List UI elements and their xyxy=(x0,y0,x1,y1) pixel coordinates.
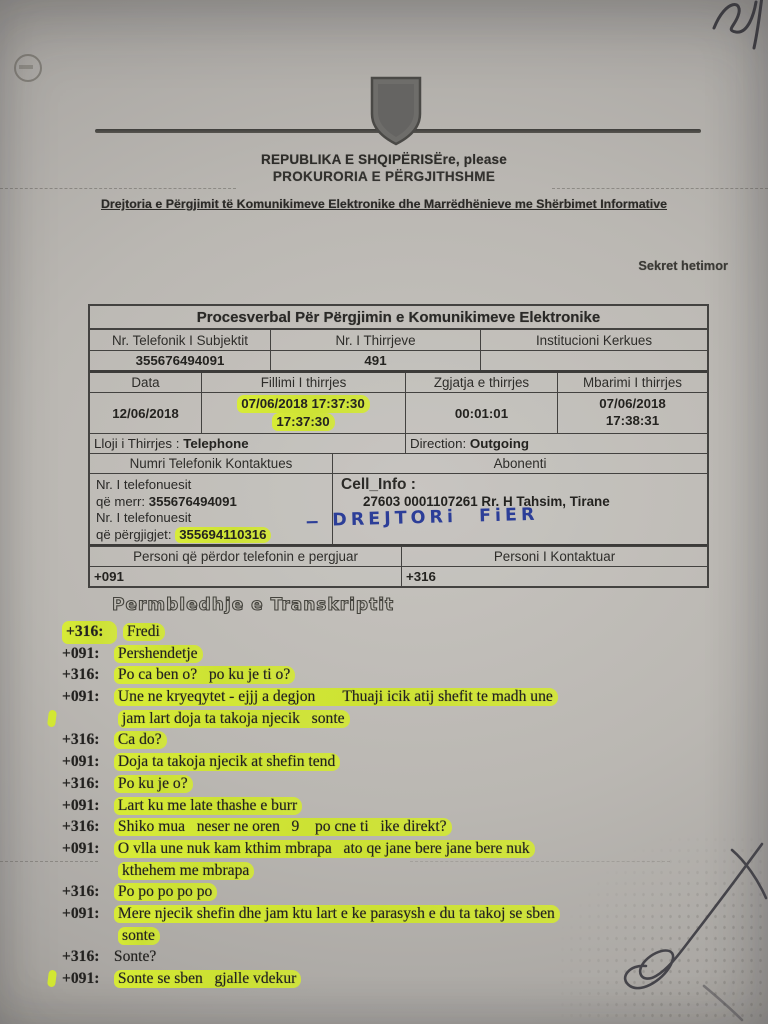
transcript-line: +316: Po ku je o? xyxy=(0,773,768,795)
message-text: O vlla une nuk kam kthim mbrapa ato qe j… xyxy=(114,840,535,858)
speaker-label: +091: xyxy=(62,903,108,925)
speaker-label: +091: xyxy=(62,838,108,860)
table-row: 12/06/2018 07/06/2018 17:37:30 17:37:30 … xyxy=(90,393,707,434)
call-type-label: Lloji i Thirrjes : xyxy=(94,436,179,451)
speaker-label: +091: xyxy=(62,968,108,990)
caller-label2: që merr: xyxy=(96,494,145,509)
call-start-header: Fillimi I thirrjes xyxy=(202,373,406,392)
handwritten-dash: – xyxy=(306,508,319,534)
duration-value: 00:01:01 xyxy=(406,393,558,433)
message-text: Shiko mua neser ne oren 9 po cne ti ike … xyxy=(114,818,452,836)
transcript-line: +316: Fredi xyxy=(0,621,768,643)
duration-header: Zgjatja e thirrjes xyxy=(406,373,558,392)
message-text: jam lart doja ta takoja njecik sonte xyxy=(118,710,350,728)
speaker-label: +316: xyxy=(62,773,108,795)
transcript-heading: Permbledhje e Transkriptit xyxy=(112,595,394,615)
call-type-value: Telephone xyxy=(183,436,249,451)
transcript-line: +091: Doja ta takoja njecik at shefin te… xyxy=(0,751,768,773)
speaker-label: +091: xyxy=(62,795,108,817)
transcript-line: +091: Une ne kryeqytet - ejjj a degjon T… xyxy=(0,686,768,708)
speaker-label: +316: xyxy=(62,729,108,751)
cell-info-label: Cell_Info : xyxy=(341,476,416,493)
speaker-label: +091: xyxy=(62,643,108,665)
table-row: Nr. Telefonik I Subjektit Nr. I Thirrjev… xyxy=(90,330,707,351)
call-end-line1: 07/06/2018 xyxy=(599,395,666,412)
message-text: sonte xyxy=(118,927,160,945)
answerer-label1: Nr. I telefonuesit xyxy=(96,510,191,527)
date-header: Data xyxy=(90,373,202,392)
institution-header: Institucioni Kerkues xyxy=(481,330,707,350)
handwritten-text: DREJTORi FiER xyxy=(332,505,539,531)
call-end-line2: 17:38:31 xyxy=(606,412,659,429)
transcript-line: +316: Po ca ben o? po ku je ti o? xyxy=(0,664,768,686)
institution-value xyxy=(481,351,707,370)
answerer-line: që përgjigjet: 355694110316 xyxy=(96,527,271,544)
caller-numbers-cell: Nr. I telefonuesit që merr: 355676494091… xyxy=(90,474,333,544)
highlight-tick-mark xyxy=(47,970,57,988)
subscriber-header: Abonenti xyxy=(333,454,707,473)
caller-value: 355676494091 xyxy=(149,494,237,509)
call-start-value: 07/06/2018 17:37:30 17:37:30 xyxy=(202,393,406,433)
call-start-line2: 17:37:30 xyxy=(272,413,334,431)
scan-artifact-line xyxy=(0,188,236,189)
table-row: Numri Telefonik Kontaktues Abonenti xyxy=(90,454,707,474)
highlight-tick-mark xyxy=(47,709,57,727)
table-title: Procesverbal Për Përgjimin e Komunikimev… xyxy=(90,306,707,330)
photo-noise-texture xyxy=(558,834,768,1024)
transcript-line: jam lart doja ta takoja njecik sonte xyxy=(0,708,768,730)
transcript-line: +091: Pershendetje xyxy=(0,643,768,665)
contacted-person-header: Personi I Kontaktuar xyxy=(402,547,707,566)
speaker-label: +316: xyxy=(62,664,108,686)
direction-cell: Direction: Outgoing xyxy=(406,434,707,453)
call-end-header: Mbarimi I thirrjes xyxy=(558,373,707,392)
call-count-header: Nr. I Thirrjeve xyxy=(271,330,481,350)
transcript-line: +316: Ca do? xyxy=(0,729,768,751)
directorate-title: Drejtoria e Përgjimit të Komunikimeve El… xyxy=(0,197,768,211)
message-text: Sonte? xyxy=(114,948,156,965)
monitored-person-header: Personi që përdor telefonin e pergjuar xyxy=(90,547,402,566)
table-row: +091 +316 xyxy=(90,567,707,586)
speaker-label: +091: xyxy=(62,686,108,708)
message-text: Po ca ben o? po ku je ti o? xyxy=(114,666,295,684)
subject-number-header: Nr. Telefonik I Subjektit xyxy=(90,330,271,350)
date-value: 12/06/2018 xyxy=(90,393,202,433)
table-row: 355676494091 491 xyxy=(90,351,707,373)
message-text: Lart ku me late thashe e burr xyxy=(114,797,302,815)
message-text: Doja ta takoja njecik at shefin tend xyxy=(114,753,340,771)
answerer-label2: që përgjigjet: xyxy=(96,527,172,542)
speaker-label: +316: xyxy=(62,816,108,838)
scan-artifact-line xyxy=(552,188,768,189)
message-text: Ca do? xyxy=(114,731,167,749)
prosecution-title: PROKURORIA E PËRGJITHSHME xyxy=(0,169,768,184)
call-end-value: 07/06/2018 17:38:31 xyxy=(558,393,707,433)
message-text: Pershendetje xyxy=(114,645,203,663)
message-text: kthehem me mbrapa xyxy=(118,862,254,880)
call-count-value: 491 xyxy=(271,351,481,370)
message-text: Une ne kryeqytet - ejjj a degjon Thuaji … xyxy=(114,688,558,706)
speaker-label: +316: xyxy=(62,621,117,644)
message-text: Mere njecik shefin dhe jam ktu lart e ke… xyxy=(114,905,560,923)
message-text: Sonte se sben gjalle vdekur xyxy=(114,970,301,988)
speaker-label: +316: xyxy=(62,881,108,903)
direction-value: Outgoing xyxy=(470,436,529,451)
caller-label1: Nr. I telefonuesit xyxy=(96,477,191,494)
round-stamp-mark xyxy=(14,54,42,82)
pen-scribble-top-right xyxy=(696,0,768,58)
contact-number-header: Numri Telefonik Kontaktues xyxy=(90,454,333,473)
subject-number-value: 355676494091 xyxy=(90,351,271,370)
republic-title: REPUBLIKA E SHQIPËRISËre, please xyxy=(0,152,768,167)
scanned-document-page: REPUBLIKA E SHQIPËRISËre, please PROKURO… xyxy=(0,0,768,1024)
table-row: Data Fillimi I thirrjes Zgjatja e thirrj… xyxy=(90,373,707,393)
transcript-line: +091: Lart ku me late thashe e burr xyxy=(0,795,768,817)
message-text: Po ku je o? xyxy=(114,775,193,793)
secret-classification-label: Sekret hetimor xyxy=(638,258,728,273)
caller-line: që merr: 355676494091 xyxy=(96,494,237,511)
speaker-label: +091: xyxy=(62,751,108,773)
table-row: Lloji i Thirrjes : Telephone Direction: … xyxy=(90,434,707,454)
eagle-shield-emblem xyxy=(369,76,423,146)
call-type-cell: Lloji i Thirrjes : Telephone xyxy=(90,434,406,453)
answerer-value: 355694110316 xyxy=(175,527,271,543)
contacted-person-value: +316 xyxy=(402,567,707,586)
interception-record-table: Procesverbal Për Përgjimin e Komunikimev… xyxy=(88,304,709,588)
call-start-line1: 07/06/2018 17:37:30 xyxy=(237,395,369,413)
message-text: Fredi xyxy=(123,623,165,641)
table-row: Personi që përdor telefonin e pergjuar P… xyxy=(90,546,707,567)
paper-crease xyxy=(0,861,98,862)
monitored-person-value: +091 xyxy=(90,567,402,586)
direction-label: Direction: xyxy=(410,436,466,451)
speaker-label: +316: xyxy=(62,946,108,968)
message-text: Po po po po po xyxy=(114,883,217,901)
